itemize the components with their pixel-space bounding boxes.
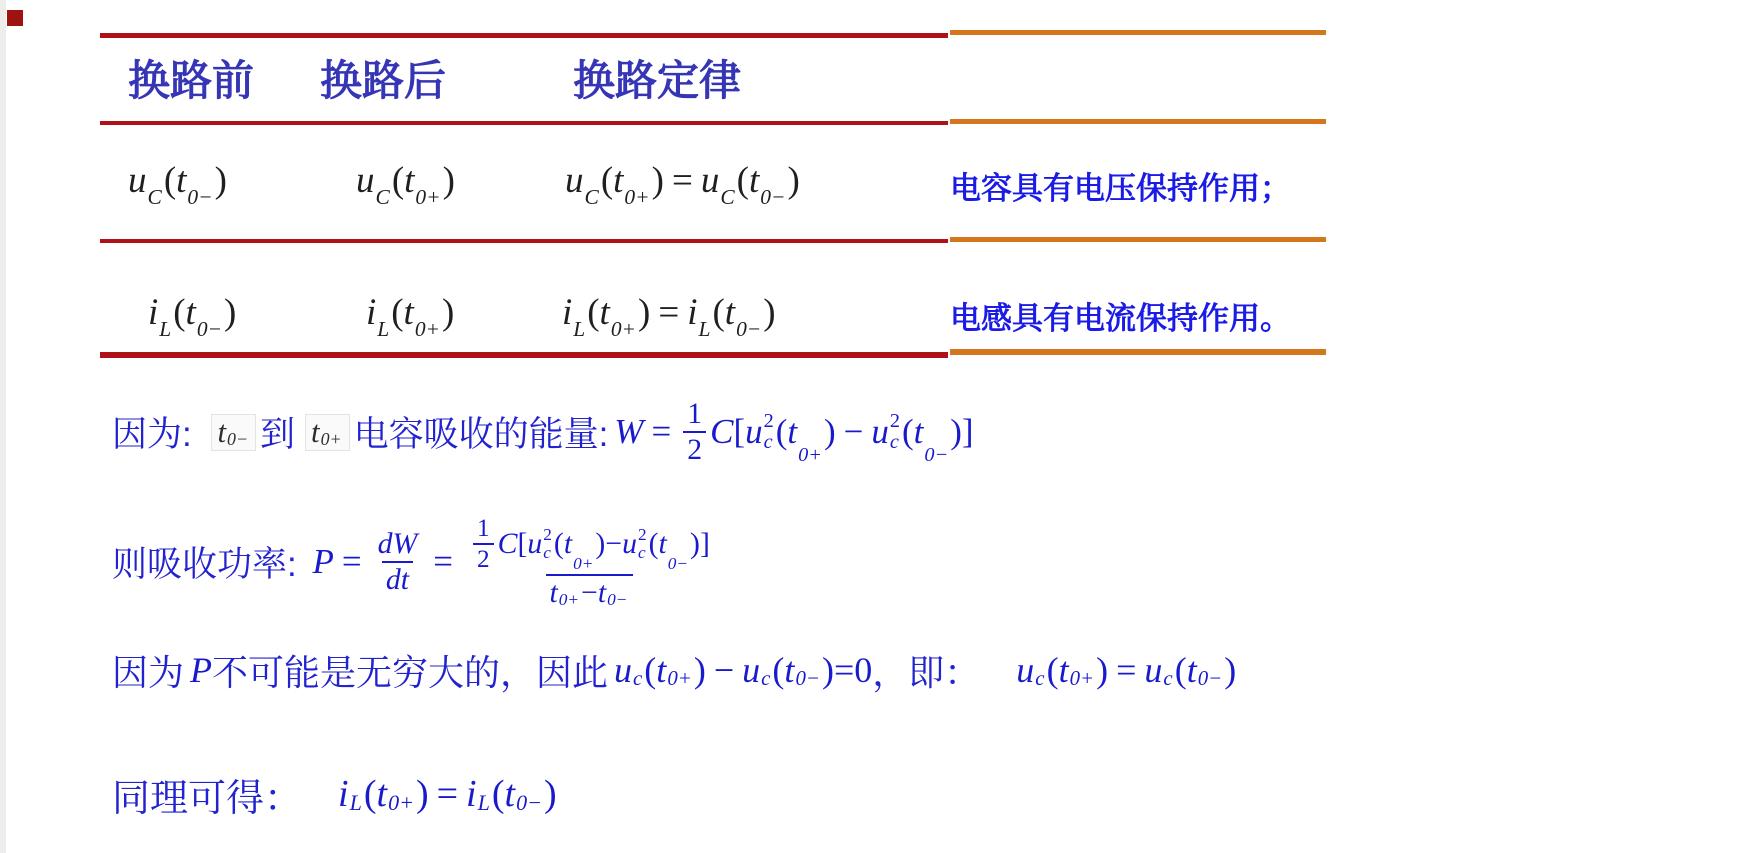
derivation-line-energy: 因为: t0− 到 t0+ 电容吸收的能量: W=12C[u2c(t0+)−u2… (112, 400, 974, 464)
cell-capacitor-law: uC(t0+)=uC(t0−) (565, 150, 800, 210)
cell-inductor-before: iL(t0−) (148, 282, 236, 342)
cell-inductor-law: iL(t0+)=iL(t0−) (562, 282, 776, 342)
formula-P-symbol: P (190, 649, 212, 691)
mid-rule-left (100, 239, 948, 243)
header-rule-right (950, 119, 1326, 124)
formula-energy-equation: W=12C[u2c(t0+)−u2c(t0−)] (614, 397, 973, 467)
formula-capacitor-law-result: uc(t0+)=uc(t0−) (1016, 649, 1236, 691)
label-similarly: 同理可得： (112, 767, 302, 822)
table-bottom-rule-right (950, 349, 1326, 355)
label-not-infinite: 不可能是无穷大的，因此 (212, 645, 608, 696)
label-power: 则吸收功率: (112, 537, 306, 587)
cell-capacitor-before: uC(t0−) (128, 150, 227, 210)
left-edge-strip (0, 0, 6, 853)
table-top-rule-right (950, 30, 1326, 35)
derivation-line-conclusion: 因为 P 不可能是无穷大的，因此 uc(t0+)−uc(t0−) =0 ，即： … (112, 638, 1236, 702)
col-header-before: 换路前 (128, 48, 254, 108)
table-bottom-rule-left (100, 352, 948, 358)
label-that-is: ，即： (872, 645, 980, 696)
formula-voltage-difference: uc(t0+)−uc(t0−) (614, 649, 834, 691)
header-rule-left (100, 121, 948, 125)
formula-inductor-law-result: iL(t0+)=iL(t0−) (338, 772, 557, 816)
formula-t0-minus: t0− (211, 414, 256, 451)
formula-equals-zero: =0 (834, 649, 872, 691)
table-top-rule-left (100, 33, 948, 38)
derivation-line-similarly: 同理可得： iL(t0+)=iL(t0−) (112, 760, 557, 828)
label-energy: 电容吸收的能量: (354, 407, 609, 457)
cell-inductor-after: iL(t0+) (366, 282, 454, 342)
col-header-after: 换路后 (320, 48, 446, 108)
cell-capacitor-after: uC(t0+) (356, 150, 455, 210)
note-inductor: 电感具有电流保持作用。 (950, 293, 1291, 338)
label-because: 因为: (112, 407, 201, 457)
corner-red-square (7, 10, 23, 26)
derivation-line-power: 则吸收功率: P=dWdt=12C[u2c(t0+)−u2c(t0−)]t0+−… (112, 496, 718, 628)
lecture-slide: 换路前 换路后 换路定律 uC(t0−) uC(t0+) uC(t0+)=uC(… (0, 0, 1750, 853)
formula-power-equation: P=dWdt=12C[u2c(t0+)−u2c(t0−)]t0+−t0− (312, 514, 717, 610)
col-header-law: 换路定律 (573, 48, 741, 108)
note-capacitor: 电容具有电压保持作用； (950, 163, 1291, 208)
mid-rule-right (950, 237, 1326, 242)
label-because2: 因为 (112, 645, 184, 696)
formula-t0-plus: t0+ (305, 414, 350, 451)
label-to: 到 (260, 407, 295, 457)
